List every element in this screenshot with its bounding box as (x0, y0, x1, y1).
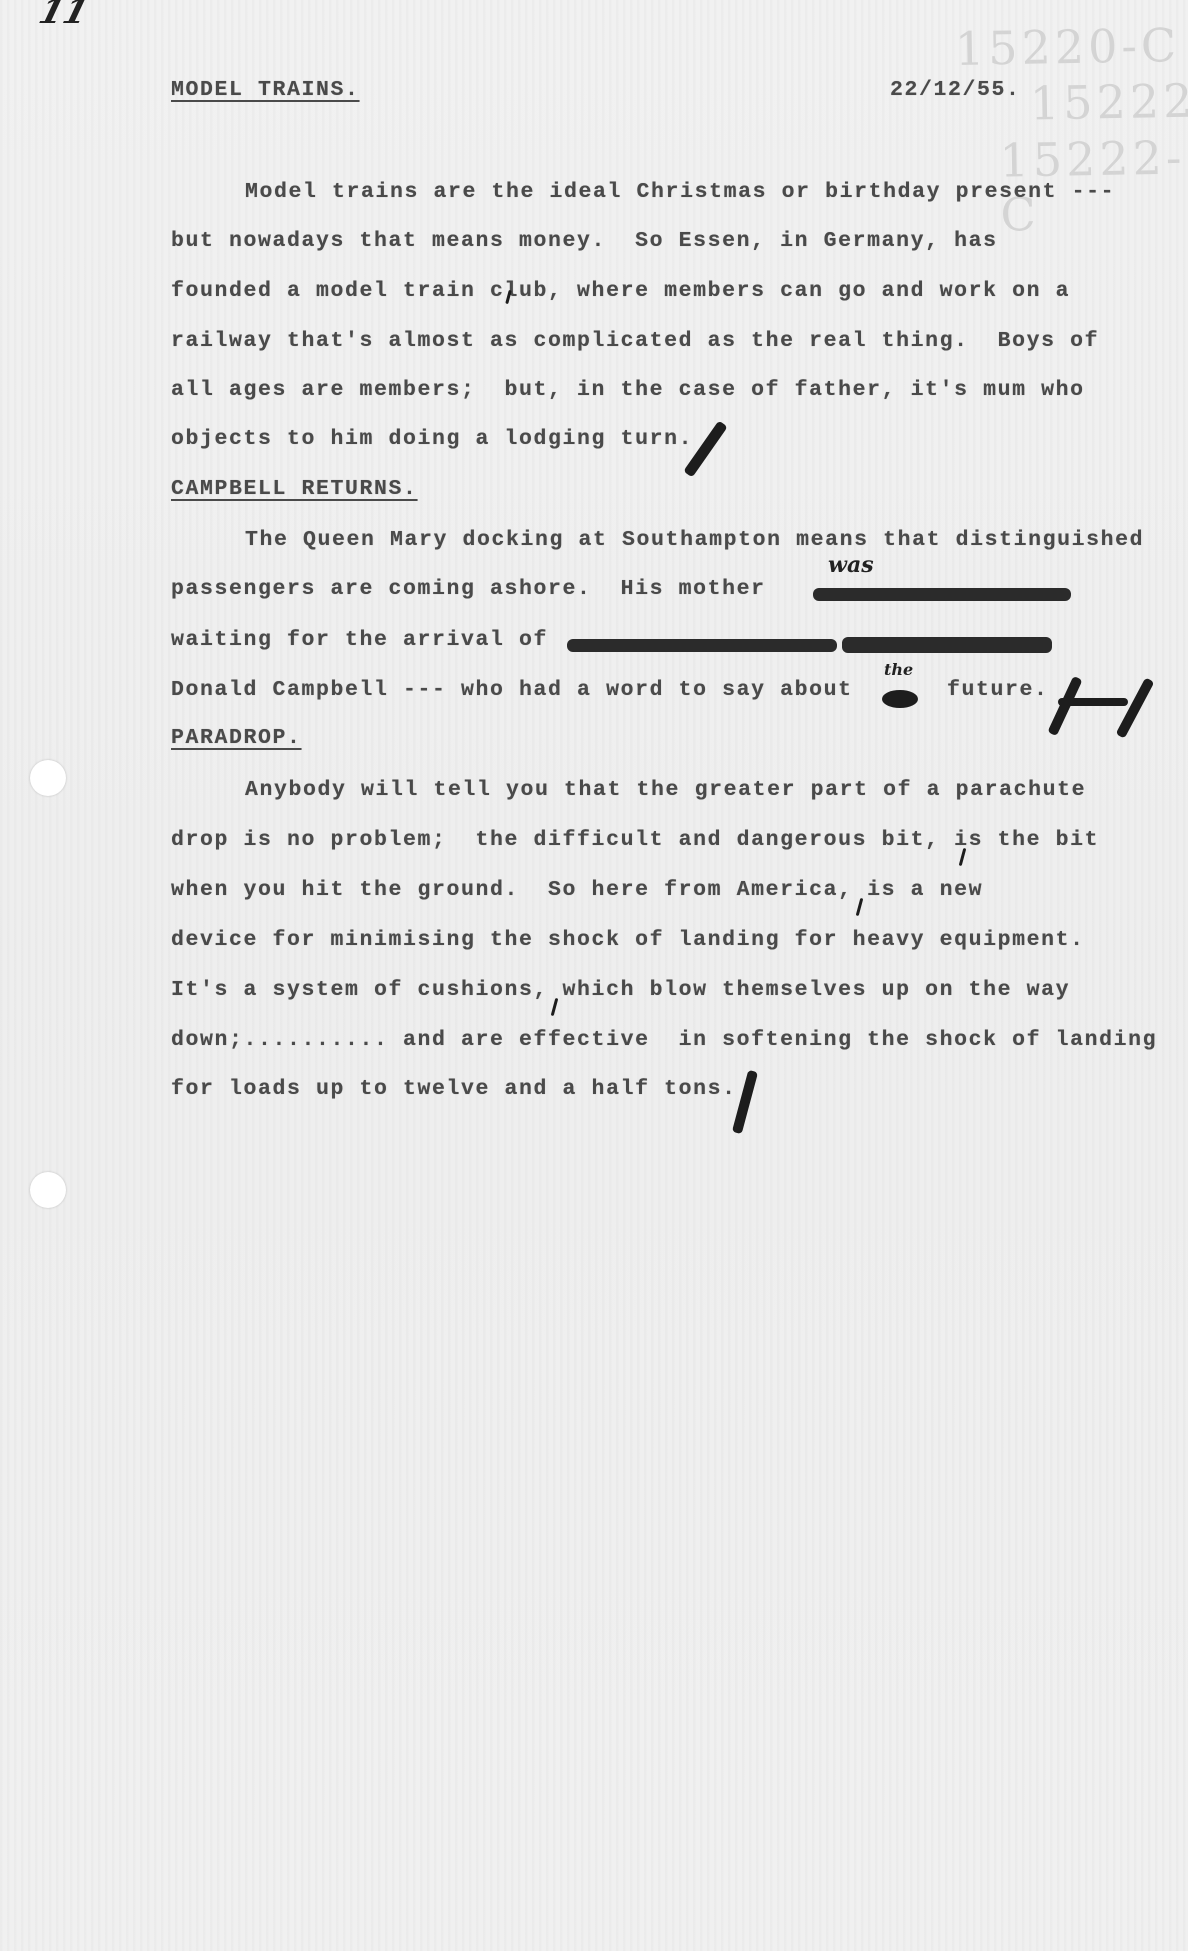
text-line: Model trains are the ideal Christmas or … (245, 180, 1115, 204)
text-line: railway that's almost as complicated as … (171, 329, 1099, 353)
section-heading-model-trains: MODEL TRAINS. (171, 78, 360, 102)
check-mark-icon (1047, 676, 1082, 736)
text-line: all ages are members; but, in the case o… (171, 378, 1085, 402)
text-line: founded a model train club, where member… (171, 279, 1070, 303)
handwritten-insertion-was: was (828, 552, 874, 578)
faint-reference-2: 15222 (1030, 74, 1188, 131)
corner-handwritten-mark: 11 (35, 0, 93, 32)
struck-out-text (813, 588, 1071, 601)
text-line: passengers are coming ashore. His mother (171, 577, 766, 601)
punch-hole-bottom (30, 1172, 66, 1208)
text-line: waiting for the arrival of (171, 628, 548, 652)
section-heading-paradrop: PARADROP. (171, 726, 302, 750)
text-line: Anybody will tell you that the greater p… (245, 778, 1086, 802)
text-line: down;.......... and are effective in sof… (171, 1028, 1157, 1052)
struck-out-text (842, 637, 1052, 653)
text-line: drop is no problem; the difficult and da… (171, 828, 1099, 852)
text-line: future. (947, 678, 1049, 702)
ink-blot (882, 690, 918, 708)
handwritten-insertion-the: the (884, 660, 913, 679)
struck-out-text (567, 639, 837, 652)
check-mark-icon (1116, 677, 1155, 738)
text-line: objects to him doing a lodging turn. (171, 427, 693, 451)
faint-reference-1: 15220-C (955, 18, 1181, 76)
scribble-stroke (1058, 698, 1128, 706)
text-line: device for minimising the shock of landi… (171, 928, 1085, 952)
text-line: for loads up to twelve and a half tons. (171, 1077, 737, 1101)
section-heading-campbell-returns: CAMPBELL RETURNS. (171, 477, 418, 501)
document-date: 22/12/55. (890, 78, 1021, 102)
text-line: It's a system of cushions, which blow th… (171, 978, 1070, 1002)
text-line: Donald Campbell --- who had a word to sa… (171, 678, 853, 702)
text-line: The Queen Mary docking at Southampton me… (245, 528, 1144, 552)
text-line: but nowadays that means money. So Essen,… (171, 229, 998, 253)
typewritten-page: 11 15220-C 15222 15222-C MODEL TRAINS. 2… (0, 0, 1188, 1951)
punch-hole-top (30, 760, 66, 796)
